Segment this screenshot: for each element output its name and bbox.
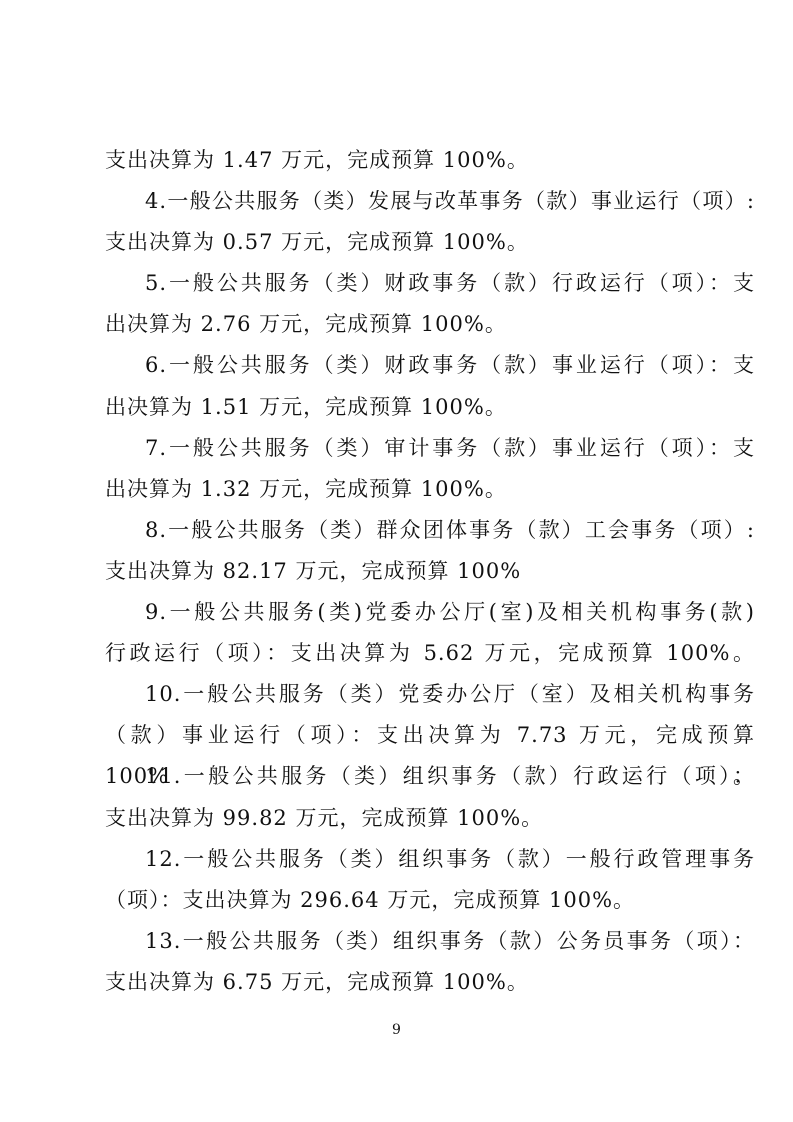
text-line: 9.一般公共服务(类)党委办公厅(室)及相关机构事务(款) xyxy=(105,592,755,633)
text-line: 12.一般公共服务（类）组织事务（款）一般行政管理事务 xyxy=(105,839,755,880)
text-line: 支出决算为 99.82 万元，完成预算 100%。 xyxy=(105,798,755,839)
text-line: 10.一般公共服务（类）党委办公厅（室）及相关机构事务 xyxy=(105,674,755,715)
document-page: { "doc": { "page_number": "9", "lines": … xyxy=(0,0,793,1122)
text-line: 7.一般公共服务（类）审计事务（款）事业运行（项）：支 xyxy=(105,428,755,469)
text-line: 13.一般公共服务（类）组织事务（款）公务员事务（项）： xyxy=(105,921,755,962)
text-line: 支出决算为 0.57 万元，完成预算 100%。 xyxy=(105,222,755,263)
document-body-text: 支出决算为 1.47 万元，完成预算 100%。 4.一般公共服务（类）发展与改… xyxy=(105,140,755,1003)
text-line: 支出决算为 82.17 万元，完成预算 100% xyxy=(105,551,755,592)
text-line: 出决算为 1.51 万元，完成预算 100%。 xyxy=(105,387,755,428)
text-line: 出决算为 2.76 万元，完成预算 100%。 xyxy=(105,304,755,345)
text-line: 6.一般公共服务（类）财政事务（款）事业运行（项）：支 xyxy=(105,345,755,386)
text-line: （项）：支出决算为 296.64 万元，完成预算 100%。 xyxy=(105,880,755,921)
text-line: 8.一般公共服务（类）群众团体事务（款）工会事务（项）: xyxy=(105,510,755,551)
text-line: 4.一般公共服务（类）发展与改革事务（款）事业运行（项）: xyxy=(105,181,755,222)
text-line: 行政运行（项）：支出决算为 5.62 万元，完成预算 100%。 xyxy=(105,633,755,674)
text-line: 5.一般公共服务（类）财政事务（款）行政运行（项）：支 xyxy=(105,263,755,304)
page-number: 9 xyxy=(0,1022,793,1038)
text-line: 支出决算为 6.75 万元，完成预算 100%。 xyxy=(105,962,755,1003)
text-line: 11.一般公共服务（类）组织事务（款）行政运行（项）： xyxy=(105,756,755,797)
text-line: 出决算为 1.32 万元，完成预算 100%。 xyxy=(105,469,755,510)
text-line: （款）事业运行（项）：支出决算为 7.73 万元，完成预算 100%。 xyxy=(105,715,755,756)
text-line: 支出决算为 1.47 万元，完成预算 100%。 xyxy=(105,140,755,181)
